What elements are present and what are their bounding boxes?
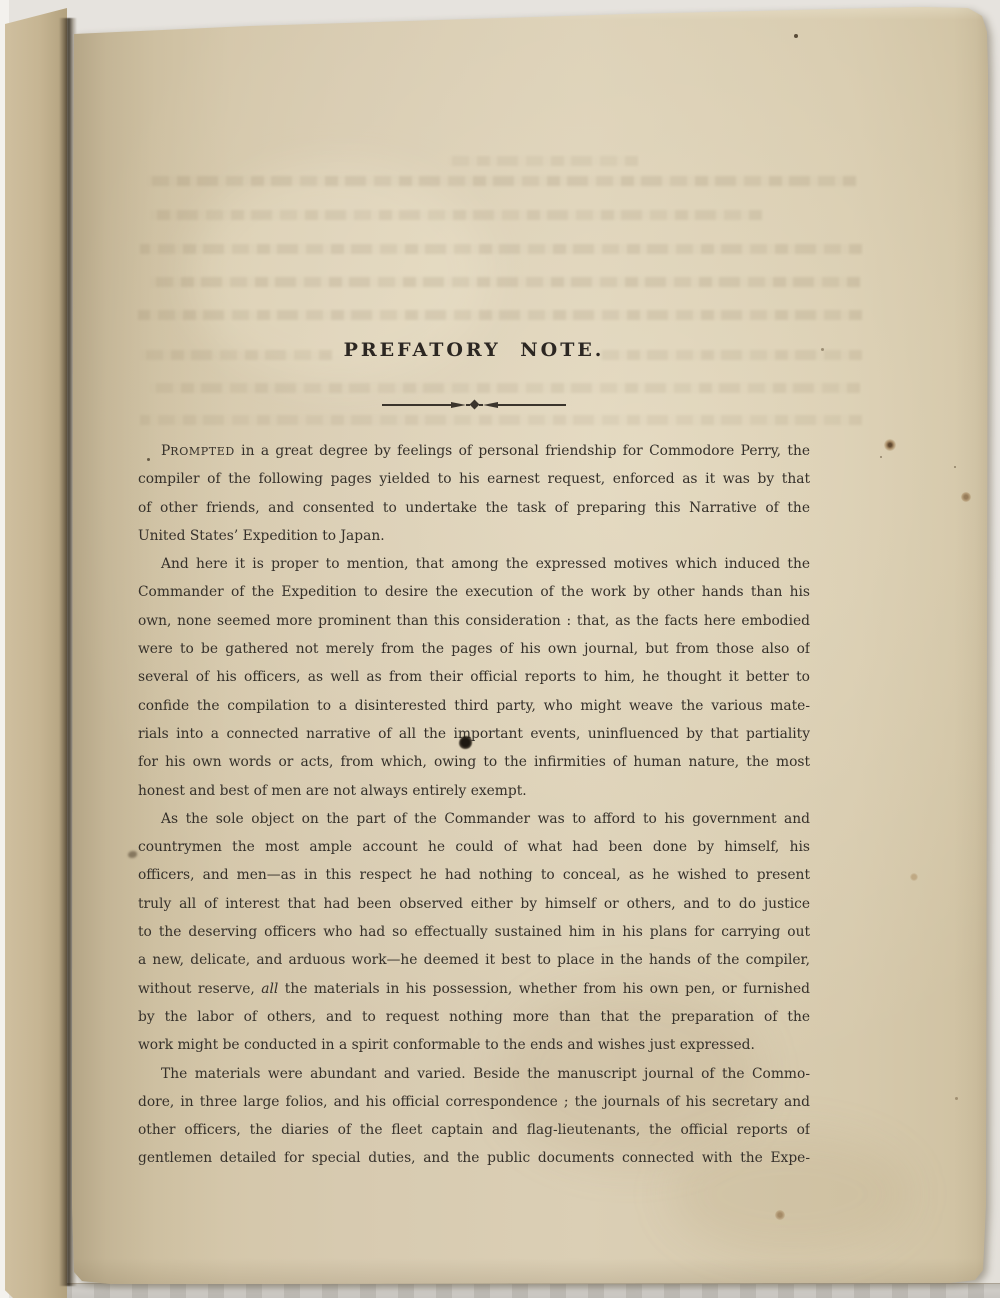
book-page: PREFATORY NOTE. PROMPTED in a great degr… [70,4,990,1286]
page-title: PREFATORY NOTE. [138,339,810,361]
arrow-right-ornament-icon [451,402,466,408]
previous-page-edge [5,8,67,1298]
text-line: other officers, the diaries of the fleet… [138,1116,810,1144]
text-line: by the labor of others, and to request n… [138,1003,810,1031]
rule-line [382,404,451,406]
ink-speck [955,1097,958,1100]
paragraph: The materials were abundant and varied. … [138,1060,810,1173]
text-line: of other friends, and consented to under… [138,494,810,522]
text-line: PROMPTED in a great degree by feelings o… [138,437,810,465]
text-line: countrymen the most ample account he cou… [138,833,810,861]
diamond-ornament-icon [469,400,479,410]
text-line: several of his officers, as well as from… [138,663,810,691]
title-divider-rule [382,400,566,409]
foxing-spot [961,492,971,502]
text-line: to the deserving officers who had so eff… [138,918,810,946]
text-line: officers, and men—as in this respect he … [138,861,810,889]
printed-column: PREFATORY NOTE. PROMPTED in a great degr… [138,4,810,1286]
text-line: dore, in three large folios, and his off… [138,1088,810,1116]
text-line: Commander of the Expedition to desire th… [138,578,810,606]
ink-speck [880,456,882,458]
rule-line [498,404,567,406]
text-line: confide the compilation to a disinterest… [138,692,810,720]
foxing-spot [884,439,896,451]
text-line: compiler of the following pages yielded … [138,465,810,493]
text-line: without reserve, all the materials in hi… [138,975,810,1003]
text-line: As the sole object on the part of the Co… [138,805,810,833]
text-line: for his own words or acts, from which, o… [138,748,810,776]
text-line: gentlemen detailed for special duties, a… [138,1144,810,1172]
text-line: were to be gathered not merely from the … [138,635,810,663]
text-line: own, none seemed more prominent than thi… [138,607,810,635]
paragraph: PROMPTED in a great degree by feelings o… [138,437,810,550]
text-line: work might be conducted in a spirit conf… [138,1031,810,1059]
ink-speck [954,466,956,468]
text-line: honest and best of men are not always en… [138,777,810,805]
text-line: The materials were abundant and varied. … [138,1060,810,1088]
text-line: United States’ Expedition to Japan. [138,522,810,550]
paragraph: As the sole object on the part of the Co… [138,805,810,1060]
text-line: a new, delicate, and arduous work—he dee… [138,946,810,974]
margin-smudge [128,851,137,858]
paragraph: And here it is proper to mention, that a… [138,550,810,805]
text-line: truly all of interest that had been obse… [138,890,810,918]
text-line: And here it is proper to mention, that a… [138,550,810,578]
foxing-spot [910,873,918,881]
body-text: PROMPTED in a great degree by feelings o… [138,437,810,1173]
page-wrap: PREFATORY NOTE. PROMPTED in a great degr… [70,4,990,1286]
book-photo: PREFATORY NOTE. PROMPTED in a great degr… [0,0,1000,1298]
text-line: rials into a connected narrative of all … [138,720,810,748]
ink-speck [821,348,824,351]
arrow-left-ornament-icon [483,402,498,408]
